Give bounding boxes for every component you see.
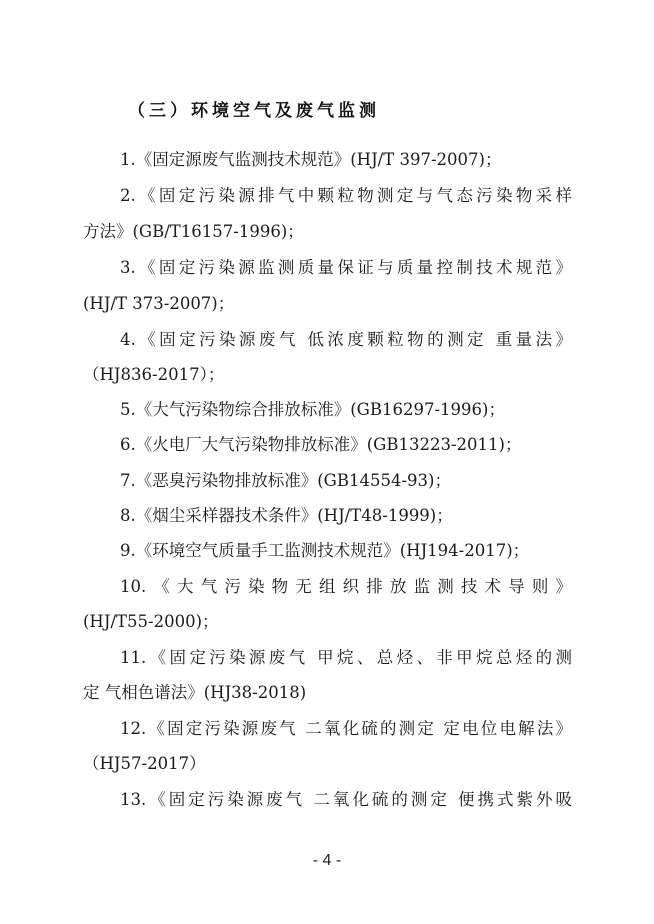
- list-item-10-line-2: (HJ/T55-2000)；: [83, 612, 219, 632]
- list-item-11-line-1: 11.《固定污染源废气 甲烷、总烃、非甲烷总烃的测: [120, 648, 572, 668]
- list-item-3-line-2: (HJ/T 373-2007)；: [83, 294, 234, 314]
- page-number: - 4 -: [0, 852, 654, 870]
- list-item-2-line-1: 2.《固定污染源排气中颗粒物测定与气态污染物采样: [120, 186, 572, 206]
- list-item-1-line-1: 1.《固定源废气监测技术规范》(HJ/T 397-2007)；: [120, 150, 502, 170]
- list-item-10-line-1: 10.《大气污染物无组织排放监测技术导则》: [120, 577, 572, 597]
- list-item-6-line-1: 6.《火电厂大气污染物排放标准》(GB13223-2011)；: [120, 435, 521, 455]
- list-item-11-line-2: 定 气相色谱法》(HJ38-2018): [83, 683, 306, 703]
- list-item-4-line-2: （HJ836-2017）；: [83, 365, 224, 385]
- list-item-12-line-1: 12.《固定污染源废气 二氧化硫的测定 定电位电解法》: [120, 719, 572, 739]
- list-item-9-line-1: 9.《环境空气质量手工监测技术规范》(HJ194-2017)；: [120, 541, 529, 561]
- list-item-13-line-1: 13.《固定污染源废气 二氧化硫的测定 便携式紫外吸: [120, 790, 572, 810]
- section-heading: （三）环境空气及废气监测: [128, 101, 380, 121]
- list-item-7-line-1: 7.《恶臭污染物排放标准》(GB14554-93)；: [120, 471, 451, 491]
- list-item-8-line-1: 8.《烟尘采样器技术条件》(HJ/T48-1999)；: [120, 506, 453, 526]
- document-page: （三）环境空气及废气监测 1.《固定源废气监测技术规范》(HJ/T 397-20…: [0, 0, 654, 924]
- list-item-5-line-1: 5.《大气污染物综合排放标准》(GB16297-1996)；: [120, 400, 505, 420]
- list-item-2-line-2: 方法》(GB/T16157-1996)；: [83, 222, 304, 242]
- list-item-4-line-1: 4.《固定污染源废气 低浓度颗粒物的测定 重量法》: [120, 330, 572, 350]
- list-item-3-line-1: 3.《固定污染源监测质量保证与质量控制技术规范》: [120, 258, 572, 278]
- list-item-12-line-2: （HJ57-2017）: [83, 754, 206, 774]
